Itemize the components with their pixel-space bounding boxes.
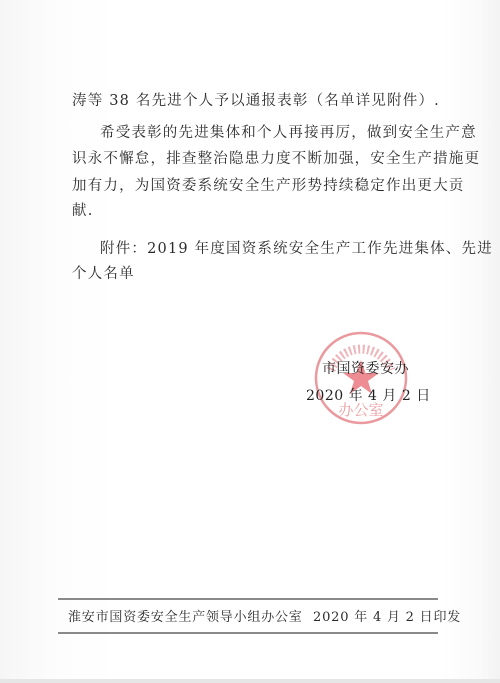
document-page: 涛等 38 名先进个人予以通报表彰（名单详见附件）. 希受表彰的先进集体和个人再… (0, 0, 500, 683)
body-line-3: 识永不懈怠，排查整治隐患力度不断加强，安全生产措施更 (72, 150, 480, 168)
body-line-4: 加有力，为国资委系统安全生产形势持续稳定作出更大贡 (72, 177, 465, 195)
attachment-line-2: 个人名单 (72, 265, 135, 283)
footer-print-date: 2020 年 4 月 2 日印发 (313, 606, 461, 625)
attachment-line-1: 附件：2019 年度国资系统安全生产工作先进集体、先进 (100, 240, 493, 258)
official-seal-icon: 办公室 (313, 330, 409, 426)
body-line-1: 涛等 38 名先进个人予以通报表彰（名单详见附件）. (72, 92, 440, 110)
page-bottom-edge (0, 679, 500, 683)
body-line-5: 献. (72, 202, 94, 220)
footer-office: 淮安市国资委安全生产领导小组办公室 (68, 606, 303, 625)
signature-date: 2020 年 4 月 2 日 (306, 385, 431, 405)
footer-bottom-rule (58, 632, 438, 634)
issuer-signature: 市国资委安办 (322, 358, 409, 378)
body-line-2: 希受表彰的先进集体和个人再接再厉，做到安全生产意 (100, 124, 477, 142)
footer-top-rule (58, 598, 438, 600)
